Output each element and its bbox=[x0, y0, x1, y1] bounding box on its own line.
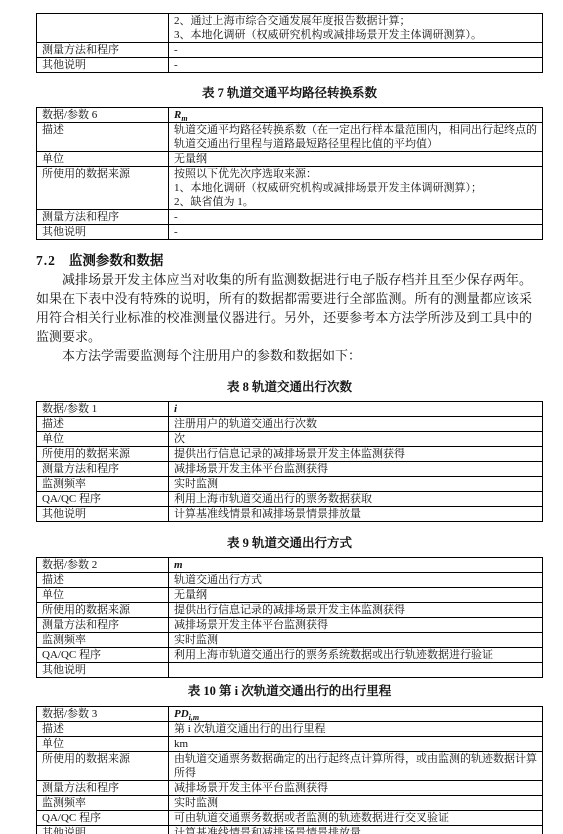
row-label: 监测频率 bbox=[37, 633, 169, 648]
table-row: 监测频率实时监测 bbox=[37, 633, 543, 648]
row-value: 计算基准线情景和减排场景情景排放量 bbox=[169, 826, 543, 834]
table-row: QA/QC 程序可由轨道交通票务数据或者监测的轨迹数据进行交叉验证 bbox=[37, 811, 543, 826]
row-value: 由轨道交通票务数据确定的出行起终点计算所得，或由监测的轨迹数据计算所得 bbox=[169, 752, 543, 781]
row-label: 测量方法和程序 bbox=[37, 781, 169, 796]
row-label: 所使用的数据来源 bbox=[37, 447, 169, 462]
table-row: 2、通过上海市综合交通发展年度报告数据计算；3、本地化调研（权威研究机构或减排场… bbox=[37, 14, 543, 43]
table-row: 测量方法和程序- bbox=[37, 210, 543, 225]
row-label: 所使用的数据来源 bbox=[37, 167, 169, 210]
row-label: 其他说明 bbox=[37, 507, 169, 522]
row-label: 数据/参数 1 bbox=[37, 402, 169, 417]
row-value: 轨道交通出行方式 bbox=[169, 573, 543, 588]
row-label: 监测频率 bbox=[37, 796, 169, 811]
parameter-symbol: Rm bbox=[174, 109, 188, 121]
section-title: 监测参数和数据 bbox=[69, 253, 164, 268]
table8: 数据/参数 1i描述注册用户的轨道交通出行次数单位次所使用的数据来源提供出行信息… bbox=[36, 401, 543, 522]
row-label: 所使用的数据来源 bbox=[37, 752, 169, 781]
row-label: 测量方法和程序 bbox=[37, 462, 169, 477]
table-row: 其他说明计算基准线情景和减排场景情景排放量 bbox=[37, 826, 543, 834]
table-row: 数据/参数 1i bbox=[37, 402, 543, 417]
row-value: 减排场景开发主体平台监测获得 bbox=[169, 462, 543, 477]
parameter-symbol: i bbox=[174, 403, 177, 415]
row-label: 描述 bbox=[37, 722, 169, 737]
row-value: - bbox=[169, 43, 543, 58]
row-label: QA/QC 程序 bbox=[37, 648, 169, 663]
table-row: 所使用的数据来源按照以下优先次序选取来源：1、本地化调研（权威研究机构或减排场景… bbox=[37, 167, 543, 210]
table-row: 所使用的数据来源由轨道交通票务数据确定的出行起终点计算所得，或由监测的轨迹数据计… bbox=[37, 752, 543, 781]
table-row: 描述轨道交通出行方式 bbox=[37, 573, 543, 588]
row-value bbox=[169, 663, 543, 678]
row-value: 减排场景开发主体平台监测获得 bbox=[169, 781, 543, 796]
row-value: - bbox=[169, 210, 543, 225]
row-label: 单位 bbox=[37, 152, 169, 167]
table9-caption: 表 9 轨道交通出行方式 bbox=[36, 535, 543, 551]
row-value: 提供出行信息记录的减排场景开发主体监测获得 bbox=[169, 447, 543, 462]
table-row: 单位次 bbox=[37, 432, 543, 447]
row-label: 单位 bbox=[37, 737, 169, 752]
row-label: 单位 bbox=[37, 432, 169, 447]
table-row: 描述轨道交通平均路径转换系数（在一定出行样本量范围内，相同出行起终点的轨道交通出… bbox=[37, 123, 543, 152]
table8-caption: 表 8 轨道交通出行次数 bbox=[36, 379, 543, 395]
parameter-symbol: PDi,m bbox=[174, 708, 199, 720]
paragraph-monitoring-intro: 本方法学需要监测每个注册用户的参数和数据如下： bbox=[36, 346, 532, 365]
row-value: 实时监测 bbox=[169, 477, 543, 492]
table-row: 数据/参数 2m bbox=[37, 558, 543, 573]
table-row: QA/QC 程序利用上海市轨道交通出行的票务数据获取 bbox=[37, 492, 543, 507]
row-label: 数据/参数 3 bbox=[37, 707, 169, 722]
table-row: 单位km bbox=[37, 737, 543, 752]
row-label: 所使用的数据来源 bbox=[37, 603, 169, 618]
table-row: 其他说明计算基准线情景和减排场景情景排放量 bbox=[37, 507, 543, 522]
row-value: 第 i 次轨道交通出行的出行里程 bbox=[169, 722, 543, 737]
row-label: 单位 bbox=[37, 588, 169, 603]
parameter-symbol: m bbox=[174, 559, 183, 571]
row-label: 其他说明 bbox=[37, 58, 169, 73]
row-value: 利用上海市轨道交通出行的票务系统数据或出行轨迹数据进行验证 bbox=[169, 648, 543, 663]
row-label: 描述 bbox=[37, 417, 169, 432]
section-number: 7.2 bbox=[36, 253, 56, 268]
row-value: 实时监测 bbox=[169, 633, 543, 648]
row-value: 轨道交通平均路径转换系数（在一定出行样本量范围内，相同出行起终点的轨道交通出行里… bbox=[169, 123, 543, 152]
row-label: 数据/参数 6 bbox=[37, 108, 169, 123]
row-value: 计算基准线情景和减排场景情景排放量 bbox=[169, 507, 543, 522]
row-value: Rm bbox=[169, 108, 543, 123]
table-row: 测量方法和程序减排场景开发主体平台监测获得 bbox=[37, 618, 543, 633]
row-label: 监测频率 bbox=[37, 477, 169, 492]
table-row: 所使用的数据来源提供出行信息记录的减排场景开发主体监测获得 bbox=[37, 603, 543, 618]
row-value: 提供出行信息记录的减排场景开发主体监测获得 bbox=[169, 603, 543, 618]
row-value: 可由轨道交通票务数据或者监测的轨迹数据进行交叉验证 bbox=[169, 811, 543, 826]
table7-caption: 表 7 轨道交通平均路径转换系数 bbox=[36, 85, 543, 101]
row-label: 其他说明 bbox=[37, 663, 169, 678]
table-row: 监测频率实时监测 bbox=[37, 477, 543, 492]
table-row: 测量方法和程序- bbox=[37, 43, 543, 58]
table-row: 所使用的数据来源提供出行信息记录的减排场景开发主体监测获得 bbox=[37, 447, 543, 462]
row-label: 描述 bbox=[37, 123, 169, 152]
row-label: 测量方法和程序 bbox=[37, 43, 169, 58]
table-row: 单位无量纲 bbox=[37, 152, 543, 167]
table9: 数据/参数 2m描述轨道交通出行方式单位无量纲所使用的数据来源提供出行信息记录的… bbox=[36, 557, 543, 678]
table-row: 监测频率实时监测 bbox=[37, 796, 543, 811]
row-value: 次 bbox=[169, 432, 543, 447]
table10: 数据/参数 3PDi,m描述第 i 次轨道交通出行的出行里程单位km所使用的数据… bbox=[36, 706, 543, 834]
row-value: 2、通过上海市综合交通发展年度报告数据计算；3、本地化调研（权威研究机构或减排场… bbox=[169, 14, 543, 43]
table-row: 描述第 i 次轨道交通出行的出行里程 bbox=[37, 722, 543, 737]
table-row: 数据/参数 6Rm bbox=[37, 108, 543, 123]
row-value: m bbox=[169, 558, 543, 573]
row-value: 无量纲 bbox=[169, 588, 543, 603]
row-label: 数据/参数 2 bbox=[37, 558, 169, 573]
row-value: 减排场景开发主体平台监测获得 bbox=[169, 618, 543, 633]
table10-caption: 表 10 第 i 次轨道交通出行的出行里程 bbox=[36, 683, 543, 699]
paragraph-monitoring-archive: 减排场景开发主体应当对收集的所有监测数据进行电子版存档并且至少保存两年。如果在下… bbox=[36, 270, 532, 346]
row-label: 测量方法和程序 bbox=[37, 210, 169, 225]
row-value: i bbox=[169, 402, 543, 417]
row-value: 实时监测 bbox=[169, 796, 543, 811]
table-row: 描述注册用户的轨道交通出行次数 bbox=[37, 417, 543, 432]
table-row: 数据/参数 3PDi,m bbox=[37, 707, 543, 722]
row-label: QA/QC 程序 bbox=[37, 811, 169, 826]
row-label: 其他说明 bbox=[37, 225, 169, 240]
row-value: 按照以下优先次序选取来源：1、本地化调研（权威研究机构或减排场景开发主体调研测算… bbox=[169, 167, 543, 210]
document-page: 2、通过上海市综合交通发展年度报告数据计算；3、本地化调研（权威研究机构或减排场… bbox=[0, 0, 563, 834]
row-value: - bbox=[169, 225, 543, 240]
table-row: QA/QC 程序利用上海市轨道交通出行的票务系统数据或出行轨迹数据进行验证 bbox=[37, 648, 543, 663]
section-heading: 7.2监测参数和数据 bbox=[36, 252, 543, 270]
row-label: 描述 bbox=[37, 573, 169, 588]
row-value: 利用上海市轨道交通出行的票务数据获取 bbox=[169, 492, 543, 507]
table7: 数据/参数 6Rm描述轨道交通平均路径转换系数（在一定出行样本量范围内，相同出行… bbox=[36, 107, 543, 240]
table-row: 测量方法和程序减排场景开发主体平台监测获得 bbox=[37, 781, 543, 796]
row-value: km bbox=[169, 737, 543, 752]
table-row: 测量方法和程序减排场景开发主体平台监测获得 bbox=[37, 462, 543, 477]
table-row: 其他说明- bbox=[37, 225, 543, 240]
row-value: - bbox=[169, 58, 543, 73]
row-value: 无量纲 bbox=[169, 152, 543, 167]
row-value: 注册用户的轨道交通出行次数 bbox=[169, 417, 543, 432]
table-fragment-continued: 2、通过上海市综合交通发展年度报告数据计算；3、本地化调研（权威研究机构或减排场… bbox=[36, 13, 543, 73]
row-label: 测量方法和程序 bbox=[37, 618, 169, 633]
table-row: 单位无量纲 bbox=[37, 588, 543, 603]
table-row: 其他说明 bbox=[37, 663, 543, 678]
row-label: QA/QC 程序 bbox=[37, 492, 169, 507]
row-label bbox=[37, 14, 169, 43]
row-label: 其他说明 bbox=[37, 826, 169, 834]
row-value: PDi,m bbox=[169, 707, 543, 722]
table-row: 其他说明- bbox=[37, 58, 543, 73]
